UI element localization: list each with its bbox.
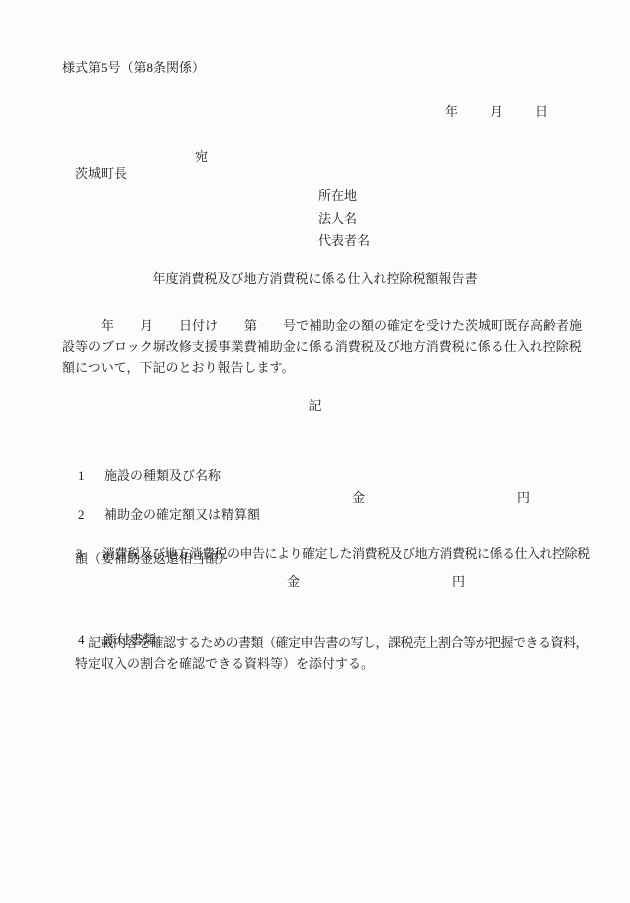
- ki-marker: 記: [0, 397, 630, 414]
- body-paragraph-line-2: 設等のブロック塀改修支援事業費補助金に係る消費税及び地方消費税に係る仕入れ控除税: [62, 338, 582, 355]
- item-3-amount-yen-suffix: 円: [452, 573, 465, 590]
- item-4-note-line-1: 記載内容を確認するための書類（確定申告書の写し，課税売上割合等が把握できる資料，: [88, 634, 588, 651]
- sender-corporation-label: 法人名: [318, 210, 357, 227]
- item-2-amount-kin-prefix: 金: [352, 489, 365, 506]
- sender-representative-label: 代表者名: [318, 232, 370, 249]
- body-paragraph-line-3: 額について，下記のとおり報告します。: [62, 359, 294, 376]
- item-3-label-line-2: 額（要補助金返還相当額）: [75, 550, 231, 567]
- document-title: 年度消費税及び地方消費税に係る仕入れ控除税額報告書: [0, 270, 630, 287]
- addressee-name: 茨城町長: [75, 166, 127, 181]
- addressee-suffix: 宛: [195, 148, 208, 165]
- item-4-note-line-2: 特定収入の割合を確認できる資料等）を添付する。: [75, 655, 374, 672]
- item-1-label: 施設の種類及び名称: [104, 468, 221, 483]
- date-blank-line: 年 月 日: [445, 103, 550, 120]
- item-2-label: 補助金の確定額又は精算額: [104, 507, 260, 522]
- item-2-amount-yen-suffix: 円: [517, 489, 530, 506]
- sender-address-label: 所在地: [318, 187, 357, 204]
- document-page: 様式第5号（第8条関係） 年 月 日 茨城町長 宛 所在地 法人名 代表者名 年…: [0, 0, 630, 903]
- form-number: 様式第5号（第8条関係）: [62, 59, 205, 76]
- item-3-amount-kin-prefix: 金: [287, 573, 300, 590]
- body-paragraph-line-1: 年 月 日付け 第 号で補助金の額の確定を受けた茨城町既存高齢者施: [62, 317, 582, 334]
- addressee-line: 茨城町長 宛: [62, 148, 127, 216]
- item-1-number: 1: [78, 467, 104, 484]
- item-2-number: 2: [78, 506, 104, 523]
